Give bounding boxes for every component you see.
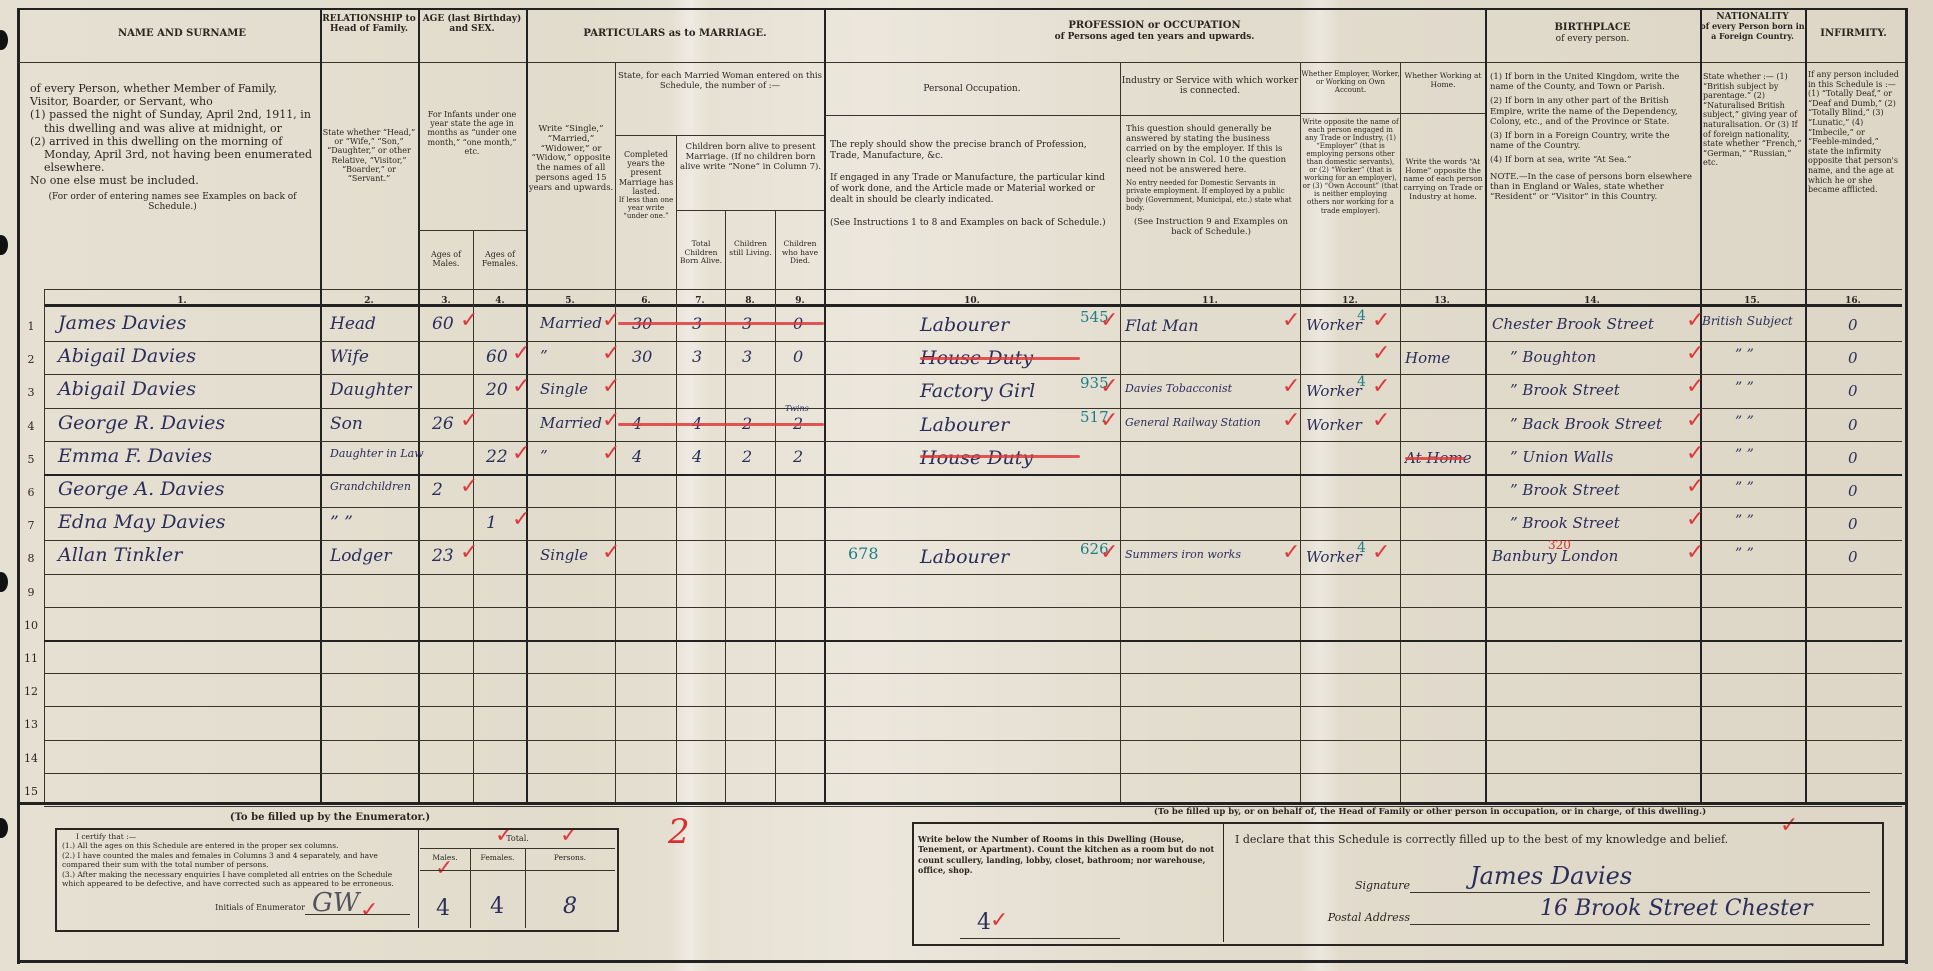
entry-employer-code: 4 xyxy=(1357,374,1366,390)
red-check-icon: ✓ xyxy=(1372,376,1390,398)
row-number: 4 xyxy=(20,420,42,433)
birthplace-title: BIRTHPLACE xyxy=(1485,22,1700,34)
marriage-strikethrough xyxy=(618,423,824,426)
entry-relationship: Daughter xyxy=(330,380,412,400)
signature-line xyxy=(1410,892,1870,893)
entry-infirmity: 0 xyxy=(1848,449,1858,467)
entry-relationship: Head xyxy=(330,314,376,334)
row-line xyxy=(44,474,1902,476)
entry-working-at-home: Home xyxy=(1405,349,1450,367)
entry-marital-status: Single xyxy=(540,380,588,398)
certify-label: I certify that :— xyxy=(62,832,412,841)
entry-nationality: ” ” xyxy=(1735,480,1754,496)
entry-occupation: Labourer xyxy=(920,546,1009,568)
row-line xyxy=(44,374,1902,375)
column-number: 5. xyxy=(550,296,590,306)
punch-hole xyxy=(0,818,8,838)
red-check-icon: ✓ xyxy=(602,542,620,564)
totals-line xyxy=(420,870,615,871)
industry-title: Industry or Service with which worker is… xyxy=(1120,76,1300,97)
females-label: Females. xyxy=(470,854,525,863)
entry-infirmity: 0 xyxy=(1848,349,1858,367)
red-check-icon: ✓ xyxy=(512,376,530,398)
occupation-strikethrough xyxy=(920,455,1080,458)
declaration: I declare that this Schedule is correctl… xyxy=(1235,834,1875,847)
column-number: 12. xyxy=(1330,296,1370,306)
col-line xyxy=(676,135,677,803)
sub-line xyxy=(676,210,824,211)
form-top-border xyxy=(17,8,1905,10)
row-line xyxy=(44,773,1902,774)
entry-marital-status: ” xyxy=(540,347,548,365)
row-line xyxy=(44,706,1902,707)
total-males: 4 xyxy=(436,896,450,921)
entry-infirmity: 0 xyxy=(1848,482,1858,500)
completed-years-text: Completed years the present Marriage has… xyxy=(617,150,675,196)
entry-employer-code: 4 xyxy=(1357,540,1366,556)
col-line xyxy=(1700,8,1702,803)
occupation-subtitle: of Persons aged ten years and upwards. xyxy=(824,32,1485,42)
entry-nationality: ” ” xyxy=(1735,347,1754,363)
row-number: 15 xyxy=(20,785,42,798)
column-number: 14. xyxy=(1572,296,1612,306)
entry-name: Abigail Davies xyxy=(58,378,196,400)
row-line xyxy=(44,408,1902,409)
red-check-icon: ✓ xyxy=(512,343,530,365)
column-number: 11. xyxy=(1190,296,1230,306)
column-number: 6. xyxy=(626,296,666,306)
entry-employer-status: Worker xyxy=(1306,416,1362,434)
red-check-icon: ✓ xyxy=(1282,410,1300,432)
entry-marital-status: Married xyxy=(540,414,602,432)
entry-relationship: Wife xyxy=(330,347,369,367)
totals-divider xyxy=(418,830,419,928)
entry-occupation: Factory Girl xyxy=(920,380,1035,402)
entry-name: Edna May Davies xyxy=(58,511,226,533)
entry-birthplace: ” Brook Street xyxy=(1510,481,1620,499)
relationship-instructions: State whether “Head,” or “Wife,” “Son,” … xyxy=(322,128,416,183)
entry-birthplace: ” Brook Street xyxy=(1510,381,1620,399)
column-number: 2. xyxy=(349,296,389,306)
red-check-icon: ✓ xyxy=(460,542,478,564)
nationality-subtitle: of every Person born in a Foreign Countr… xyxy=(1700,22,1805,40)
entry-relationship: Son xyxy=(330,414,363,434)
industry-see: (See Instruction 9 and Examples on back … xyxy=(1126,217,1296,237)
row-number: 12 xyxy=(20,685,42,698)
red-check-icon: ✓ xyxy=(602,410,620,432)
row-number: 8 xyxy=(20,552,42,565)
row-number: 13 xyxy=(20,718,42,731)
punch-hole xyxy=(0,30,8,50)
red-check-icon: ✓ xyxy=(1686,509,1704,531)
col-line xyxy=(1485,8,1487,803)
birthplace-rule-3: (3) If born in a Foreign Country, write … xyxy=(1490,131,1695,151)
header-occupation: PROFESSION or OCCUPATION of Persons aged… xyxy=(824,20,1485,42)
row-number: 3 xyxy=(20,386,42,399)
red-check-icon: ✓ xyxy=(1100,376,1118,398)
occupation-trade: If engaged in any Trade or Manufacture, … xyxy=(830,173,1116,207)
name-rule-2: (2) arrived in this dwelling on the morn… xyxy=(30,135,315,175)
column-number: 10. xyxy=(952,296,992,306)
table-bottom-border xyxy=(17,802,1905,805)
entry-age-female: 1 xyxy=(486,513,497,533)
red-check-icon: ✓ xyxy=(1686,443,1704,465)
occupation-strikethrough xyxy=(920,357,1080,360)
red-check-icon: ✓ xyxy=(1686,376,1704,398)
row-line xyxy=(44,673,1902,674)
entry-nationality: ” ” xyxy=(1735,546,1754,562)
entry-birthplace: ” Union Walls xyxy=(1510,448,1613,466)
red-check-icon: ✓ xyxy=(512,443,530,465)
entry-age-female: 22 xyxy=(486,447,508,467)
industry-note: No entry needed for Domestic Servants in… xyxy=(1126,179,1296,213)
nationality-instructions: State whether :— (1) “British subject by… xyxy=(1703,72,1803,168)
entry-industry: General Railway Station xyxy=(1125,416,1261,429)
entry-occupation: Labourer xyxy=(920,414,1009,436)
sub-line xyxy=(1300,113,1485,114)
header-marriage: PARTICULARS as to MARRIAGE. xyxy=(526,28,824,40)
birthplace-rule-4: (4) If born at sea, write “At Sea.” xyxy=(1490,155,1695,165)
row-number: 1 xyxy=(20,320,42,333)
header-relationship: RELATIONSHIP to Head of Family. xyxy=(320,14,418,35)
certify-item-3: (3.) After making the necessary enquirie… xyxy=(62,870,412,889)
home-title: Whether Working at Home. xyxy=(1401,72,1485,89)
entry-name: James Davies xyxy=(58,312,186,334)
row-line xyxy=(44,540,1902,541)
certify-item-2: (2.) I have counted the males and female… xyxy=(62,851,412,870)
col-line xyxy=(1400,62,1401,803)
entry-birthplace: ” Brook Street xyxy=(1510,514,1620,532)
address-label: Postal Address xyxy=(1310,912,1410,925)
birthplace-subtitle: of every person. xyxy=(1485,34,1700,44)
married-woman-instructions: State, for each Married Woman entered on… xyxy=(617,72,823,92)
column-number: 16. xyxy=(1833,296,1873,306)
red-check-icon: ✓ xyxy=(1372,410,1390,432)
entry-nationality: ” ” xyxy=(1735,447,1754,463)
entry-died-note: Twins xyxy=(785,404,809,413)
row-number: 7 xyxy=(20,519,42,532)
red-check-icon: ✓ xyxy=(460,410,478,432)
entry-marriage-years: 30 xyxy=(632,347,652,366)
header-divider xyxy=(17,62,1905,63)
males-label: Males. xyxy=(420,854,470,863)
rooms-line xyxy=(960,938,1120,939)
total-females: 4 xyxy=(490,894,504,919)
industry-instructions: This question should generally be answer… xyxy=(1126,124,1296,237)
initials-label: Initials of Enumerator xyxy=(185,903,305,912)
enumerator-initials: GW xyxy=(312,888,360,918)
householder-title: (To be filled up by, or on behalf of, th… xyxy=(980,808,1880,818)
children-born-instructions: Children born alive to present Marriage.… xyxy=(678,143,823,172)
enumerator-certification: I certify that :— (1.) All the ages on t… xyxy=(62,832,412,888)
entry-birthplace: ” Boughton xyxy=(1510,348,1596,366)
row-number: 14 xyxy=(20,752,42,765)
red-check-icon: ✓ xyxy=(1100,410,1118,432)
rooms-count: 4 xyxy=(977,910,991,935)
total-children-label: Total Children Born Alive. xyxy=(677,240,725,266)
entry-children-living: 2 xyxy=(742,447,752,466)
completed-years-label: Completed years the present Marriage has… xyxy=(617,150,675,220)
colnum-top xyxy=(44,289,1902,290)
header-age: AGE (last Birthday) and SEX. xyxy=(418,14,526,35)
header-birthplace: BIRTHPLACE of every person. xyxy=(1485,22,1700,44)
occupation-instructions: The reply should show the precise branch… xyxy=(830,140,1116,230)
entry-employer-status: Worker xyxy=(1306,382,1362,400)
entry-children-died: 2 xyxy=(793,447,803,466)
header-name: NAME AND SURNAME xyxy=(44,28,320,40)
row-number: 11 xyxy=(20,652,42,665)
enumerator-title: (To be filled up by the Enumerator.) xyxy=(60,812,600,824)
header-nationality: NATIONALITY of every Person born in a Fo… xyxy=(1700,12,1805,41)
red-check-icon: ✓ xyxy=(1686,476,1704,498)
total-persons: 8 xyxy=(563,894,577,919)
entry-age-male: 23 xyxy=(432,546,454,566)
infirmity-instructions: If any person included in this Schedule … xyxy=(1808,70,1900,195)
occupation-title: PROFESSION or OCCUPATION xyxy=(824,20,1485,32)
entry-employer-status: Worker xyxy=(1306,548,1362,566)
row-number: 2 xyxy=(20,353,42,366)
entry-relationship: Grandchildren xyxy=(330,480,411,493)
birthplace-instructions: (1) If born in the United Kingdom, write… xyxy=(1490,72,1695,202)
age-females-label: Ages of Females. xyxy=(474,250,526,268)
entry-infirmity: 0 xyxy=(1848,548,1858,566)
red-check-icon: ✓ xyxy=(460,476,478,498)
col-line xyxy=(1120,62,1121,803)
column-number: 13. xyxy=(1422,296,1462,306)
children-died-label: Children who have Died. xyxy=(776,240,824,266)
red-check-icon: ✓ xyxy=(1372,310,1390,332)
column-number: 1. xyxy=(162,296,202,306)
name-rule-3: No one else must be included. xyxy=(30,174,315,187)
sub-line xyxy=(615,135,824,136)
entry-occupation: Labourer xyxy=(920,314,1009,336)
punch-hole xyxy=(0,235,8,255)
entry-children-born: 3 xyxy=(692,347,702,366)
entry-marital-status: Single xyxy=(540,546,588,564)
column-number: 9. xyxy=(780,296,820,306)
name-instructions: of every Person, whether Member of Famil… xyxy=(30,82,315,213)
name-rule-1: (1) passed the night of Sunday, April 2n… xyxy=(30,108,315,134)
header-infirmity: INFIRMITY. xyxy=(1805,28,1902,40)
row-line xyxy=(44,640,1902,642)
column-number: 3. xyxy=(426,296,466,306)
column-number: 15. xyxy=(1732,296,1772,306)
birthplace-note: NOTE.—In the case of persons born elsewh… xyxy=(1490,172,1695,203)
age-infant-instructions: For Infants under one year state the age… xyxy=(420,110,524,156)
red-check-icon: ✓ xyxy=(1372,343,1390,365)
employer-title: Whether Employer, Worker, or Working on … xyxy=(1301,70,1400,94)
red-check-icon: ✓ xyxy=(1282,542,1300,564)
entry-industry: Davies Tobacconist xyxy=(1125,382,1232,395)
entry-birthplace: ” Back Brook Street xyxy=(1510,415,1662,433)
sub-line xyxy=(824,115,1300,116)
entry-infirmity: 0 xyxy=(1848,416,1858,434)
entry-occupation: House Duty xyxy=(920,447,1033,469)
column-number: 7. xyxy=(680,296,720,306)
col-line xyxy=(1805,8,1807,803)
persons-label: Persons. xyxy=(525,854,615,863)
children-living-label: Children still Living. xyxy=(726,240,775,257)
entry-name: George R. Davies xyxy=(58,412,225,434)
entry-relationship: Lodger xyxy=(330,546,391,566)
row-line xyxy=(44,507,1902,508)
row-line xyxy=(44,740,1902,741)
entry-nationality: ” ” xyxy=(1735,513,1754,529)
red-check-icon: ✓ xyxy=(602,310,620,332)
entry-marital-status: ” xyxy=(540,447,548,465)
row-number: 9 xyxy=(20,586,42,599)
entry-children-living: 3 xyxy=(742,347,752,366)
entry-industry: Flat Man xyxy=(1125,316,1199,335)
entry-occupation-precode: 678 xyxy=(848,544,879,563)
col-line xyxy=(44,289,45,803)
margin-mark: 2 xyxy=(668,812,690,852)
entry-children-died: 0 xyxy=(793,347,803,366)
entry-age-male: 60 xyxy=(432,314,454,334)
industry-body: This question should generally be answer… xyxy=(1126,124,1296,175)
row-line xyxy=(44,341,1902,342)
birthplace-rule-1: (1) If born in the United Kingdom, write… xyxy=(1490,72,1695,92)
marriage-strikethrough xyxy=(618,322,824,325)
name-rule-4: (For order of entering names see Example… xyxy=(30,192,315,214)
entry-relationship: Daughter in Law xyxy=(330,447,424,460)
red-check-icon: ✓ xyxy=(1686,343,1704,365)
name-intro: of every Person, whether Member of Famil… xyxy=(30,82,315,108)
red-check-icon: ✓ xyxy=(602,343,620,365)
entry-infirmity: 0 xyxy=(1848,515,1858,533)
census-schedule: NAME AND SURNAME RELATIONSHIP to Head of… xyxy=(0,0,1933,971)
entry-relationship: ” ” xyxy=(330,513,353,533)
total-label: Total. xyxy=(420,834,615,843)
birthplace-rule-2: (2) If born in any other part of the Bri… xyxy=(1490,96,1695,127)
column-number: 8. xyxy=(730,296,770,306)
completed-years-note: If less than one year write “under one.” xyxy=(617,196,675,220)
entry-marriage-years: 4 xyxy=(632,447,642,466)
red-check-icon: ✓ xyxy=(1686,410,1704,432)
red-check-icon: ✓ xyxy=(1100,542,1118,564)
occupation-reply: The reply should show the precise branch… xyxy=(830,140,1116,163)
red-check-icon: ✓ xyxy=(1372,542,1390,564)
employer-instructions: Write opposite the name of each person e… xyxy=(1302,118,1399,215)
personal-occupation-label: Personal Occupation. xyxy=(824,84,1120,94)
row-number: 10 xyxy=(20,619,42,632)
rooms-instruction: Write below the Number of Rooms in this … xyxy=(918,834,1218,876)
entry-age-female: 60 xyxy=(486,347,508,367)
col-line xyxy=(824,8,826,803)
entry-birthplace: Chester Brook Street xyxy=(1492,315,1654,333)
signature-label: Signature xyxy=(1330,880,1410,893)
red-check-icon: ✓ xyxy=(1686,542,1704,564)
red-check-icon: ✓ xyxy=(512,509,530,531)
row-number: 6 xyxy=(20,486,42,499)
age-males-label: Ages of Males. xyxy=(420,250,472,268)
sub-line xyxy=(418,230,526,231)
rooms-divider xyxy=(1223,824,1224,942)
entry-age-male: 2 xyxy=(432,480,443,500)
entry-employer-status: Worker xyxy=(1306,316,1362,334)
entry-name: George A. Davies xyxy=(58,478,225,500)
entry-nationality: ” ” xyxy=(1735,414,1754,430)
red-check-icon: ✓ xyxy=(602,443,620,465)
red-check-icon: ✓ xyxy=(1282,310,1300,332)
col-line xyxy=(1300,62,1301,803)
entry-name: Emma F. Davies xyxy=(58,445,212,467)
red-check-icon: ✓ xyxy=(1282,376,1300,398)
row-number: 5 xyxy=(20,453,42,466)
entry-name: Abigail Davies xyxy=(58,345,196,367)
entry-name: Allan Tinkler xyxy=(58,544,182,566)
entry-industry: Summers iron works xyxy=(1125,548,1241,561)
totals-line xyxy=(420,848,615,849)
entry-infirmity: 0 xyxy=(1848,316,1858,334)
entry-infirmity: 0 xyxy=(1848,382,1858,400)
entry-marital-status: Married xyxy=(540,314,602,332)
signature: James Davies xyxy=(1470,862,1632,890)
page-bottom-border xyxy=(17,960,1905,963)
entry-age-female: 20 xyxy=(486,380,508,400)
row-line xyxy=(44,574,1902,575)
entry-employer-code: 4 xyxy=(1357,308,1366,324)
entry-nationality: British Subject xyxy=(1702,314,1793,328)
punch-hole xyxy=(0,572,8,592)
entry-age-male: 26 xyxy=(432,414,454,434)
postal-address: 16 Brook Street Chester xyxy=(1540,896,1812,921)
address-line xyxy=(1410,924,1870,925)
home-instructions: Write the words “At Home” opposite the n… xyxy=(1403,158,1483,201)
row-line xyxy=(44,607,1902,608)
entry-nationality: ” ” xyxy=(1735,380,1754,396)
column-number: 4. xyxy=(480,296,520,306)
marriage-write-instructions: Write “Single,” “Married,” “Widower,” or… xyxy=(528,125,614,193)
red-check-icon: ✓ xyxy=(460,310,478,332)
entry-birthplace: Banbury London xyxy=(1492,547,1618,565)
home-strikethrough xyxy=(1405,457,1465,460)
certify-item-1: (1.) All the ages on this Schedule are e… xyxy=(62,841,412,850)
red-check-icon: ✓ xyxy=(602,376,620,398)
entry-children-born: 4 xyxy=(692,447,702,466)
red-check-icon: ✓ xyxy=(1100,310,1118,332)
row-line xyxy=(44,441,1902,442)
occupation-see: (See Instructions 1 to 8 and Examples on… xyxy=(830,218,1116,229)
